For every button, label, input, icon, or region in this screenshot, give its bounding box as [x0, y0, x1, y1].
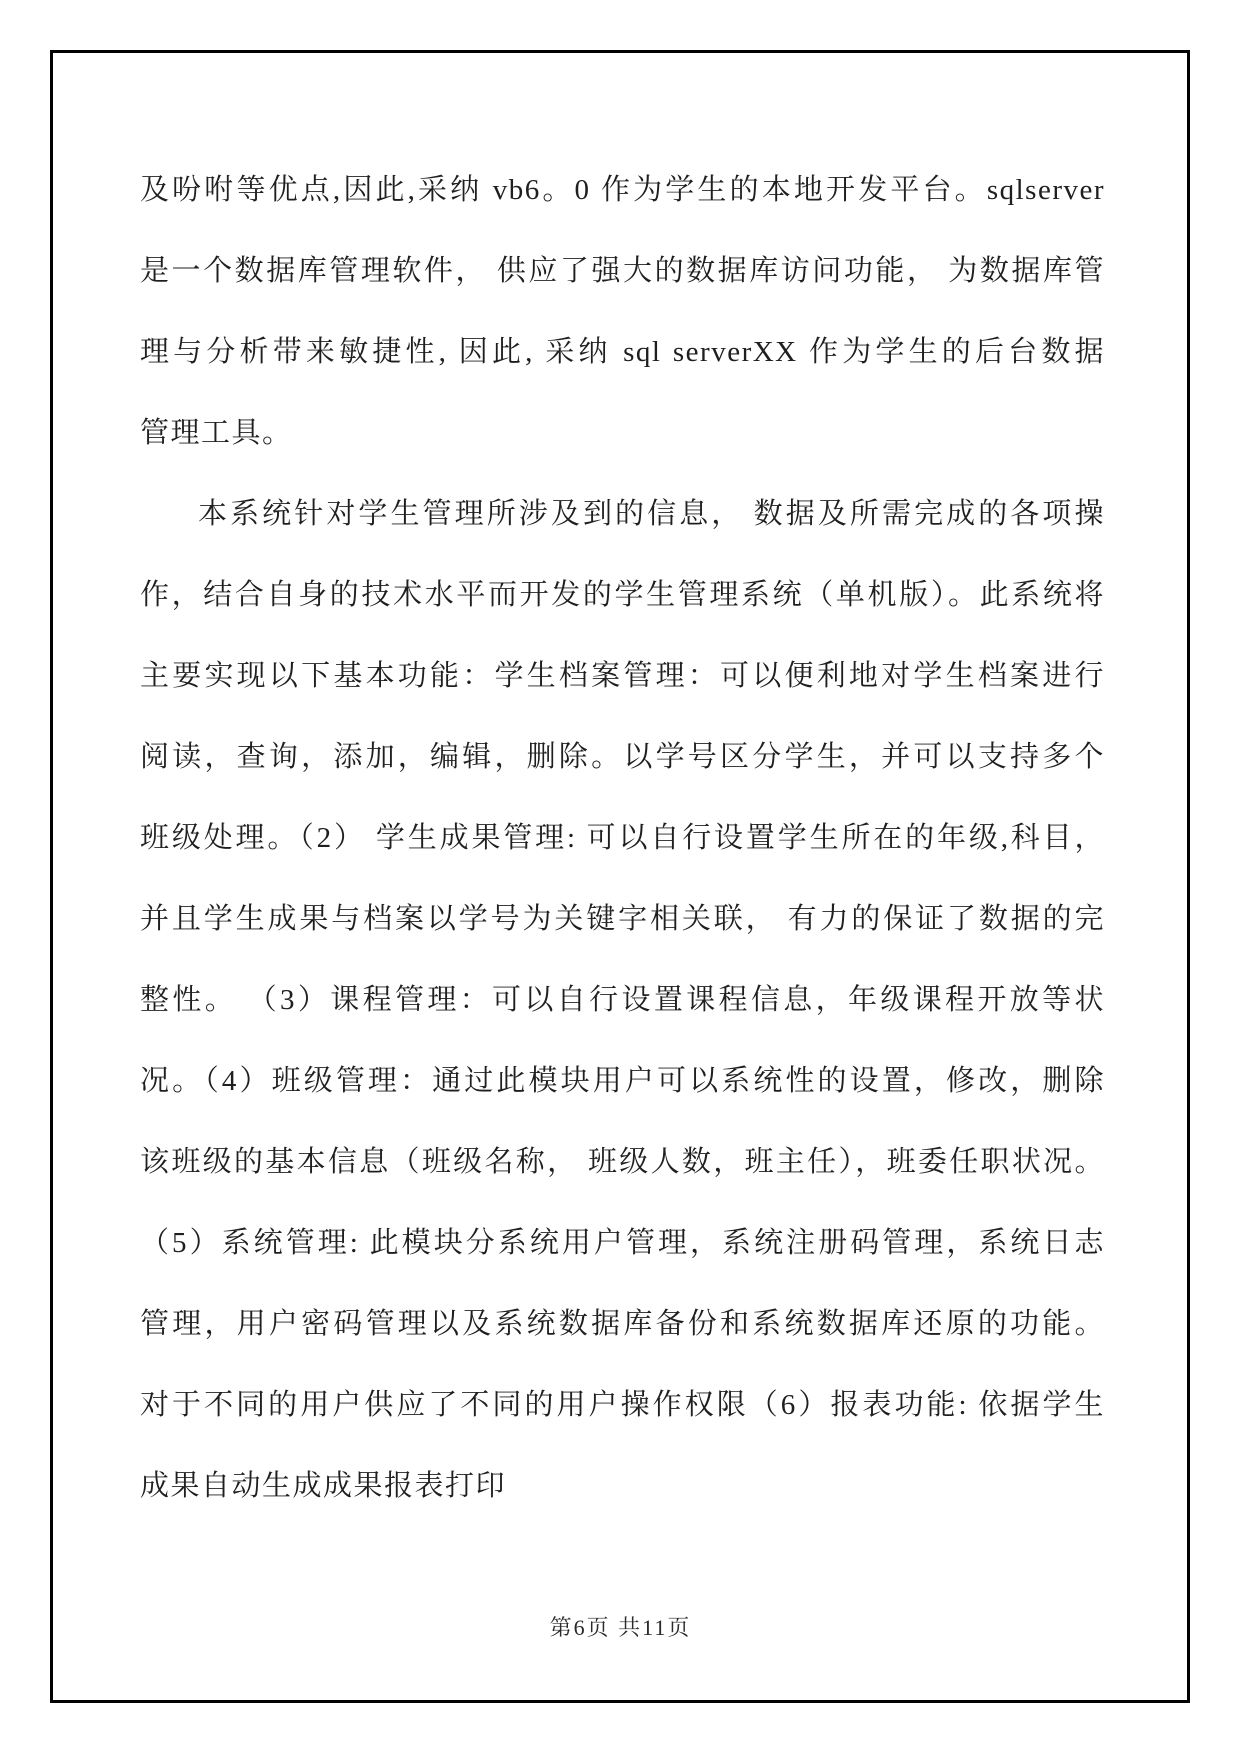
page-footer: 第6页 共11页 [0, 1610, 1241, 1646]
text-line: 是一个数据库管理软件， 供应了强大的数据库访问功能， 为数据库管 [140, 231, 1105, 312]
text-line: 本系统针对学生管理所涉及到的信息， 数据及所需完成的各项操 [140, 474, 1105, 555]
text-line: 班级处理。（2） 学生成果管理: 可以自行设置学生所在的年级,科目， [140, 798, 1105, 879]
text-line: 整性。 （3）课程管理：可以自行设置课程信息，年级课程开放等状 [140, 960, 1105, 1041]
page-number-text: 第6页 共11页 [550, 1615, 692, 1640]
text-line: 成果自动生成成果报表打印 [140, 1446, 1105, 1527]
text-line: 阅读，查询，添加，编辑，删除。以学号区分学生，并可以支持多个 [140, 717, 1105, 798]
text-line: 并且学生成果与档案以学号为关键字相关联， 有力的保证了数据的完 [140, 879, 1105, 960]
text-line: 及吩咐等优点,因此,采纳 vb6。0 作为学生的本地开发平台。sqlserver [140, 150, 1105, 231]
text-line: 主要实现以下基本功能：学生档案管理：可以便利地对学生档案进行 [140, 636, 1105, 717]
text-line: 管理，用户密码管理以及系统数据库备份和系统数据库还原的功能。 [140, 1284, 1105, 1365]
text-line: 管理工具。 [140, 393, 1105, 474]
text-line: （5）系统管理: 此模块分系统用户管理，系统注册码管理，系统日志 [140, 1203, 1105, 1284]
text-line: 该班级的基本信息（班级名称， 班级人数，班主任），班委任职状况。 [140, 1122, 1105, 1203]
body-text: 及吩咐等优点,因此,采纳 vb6。0 作为学生的本地开发平台。sqlserver… [140, 150, 1105, 1527]
text-line: 况。（4）班级管理：通过此模块用户可以系统性的设置，修改，删除 [140, 1041, 1105, 1122]
text-line: 作，结合自身的技术水平而开发的学生管理系统（单机版）。此系统将 [140, 555, 1105, 636]
text-line: 理与分析带来敏捷性, 因此, 采纳 sql serverXX 作为学生的后台数据 [140, 312, 1105, 393]
text-line: 对于不同的用户供应了不同的用户操作权限（6）报表功能: 依据学生 [140, 1365, 1105, 1446]
